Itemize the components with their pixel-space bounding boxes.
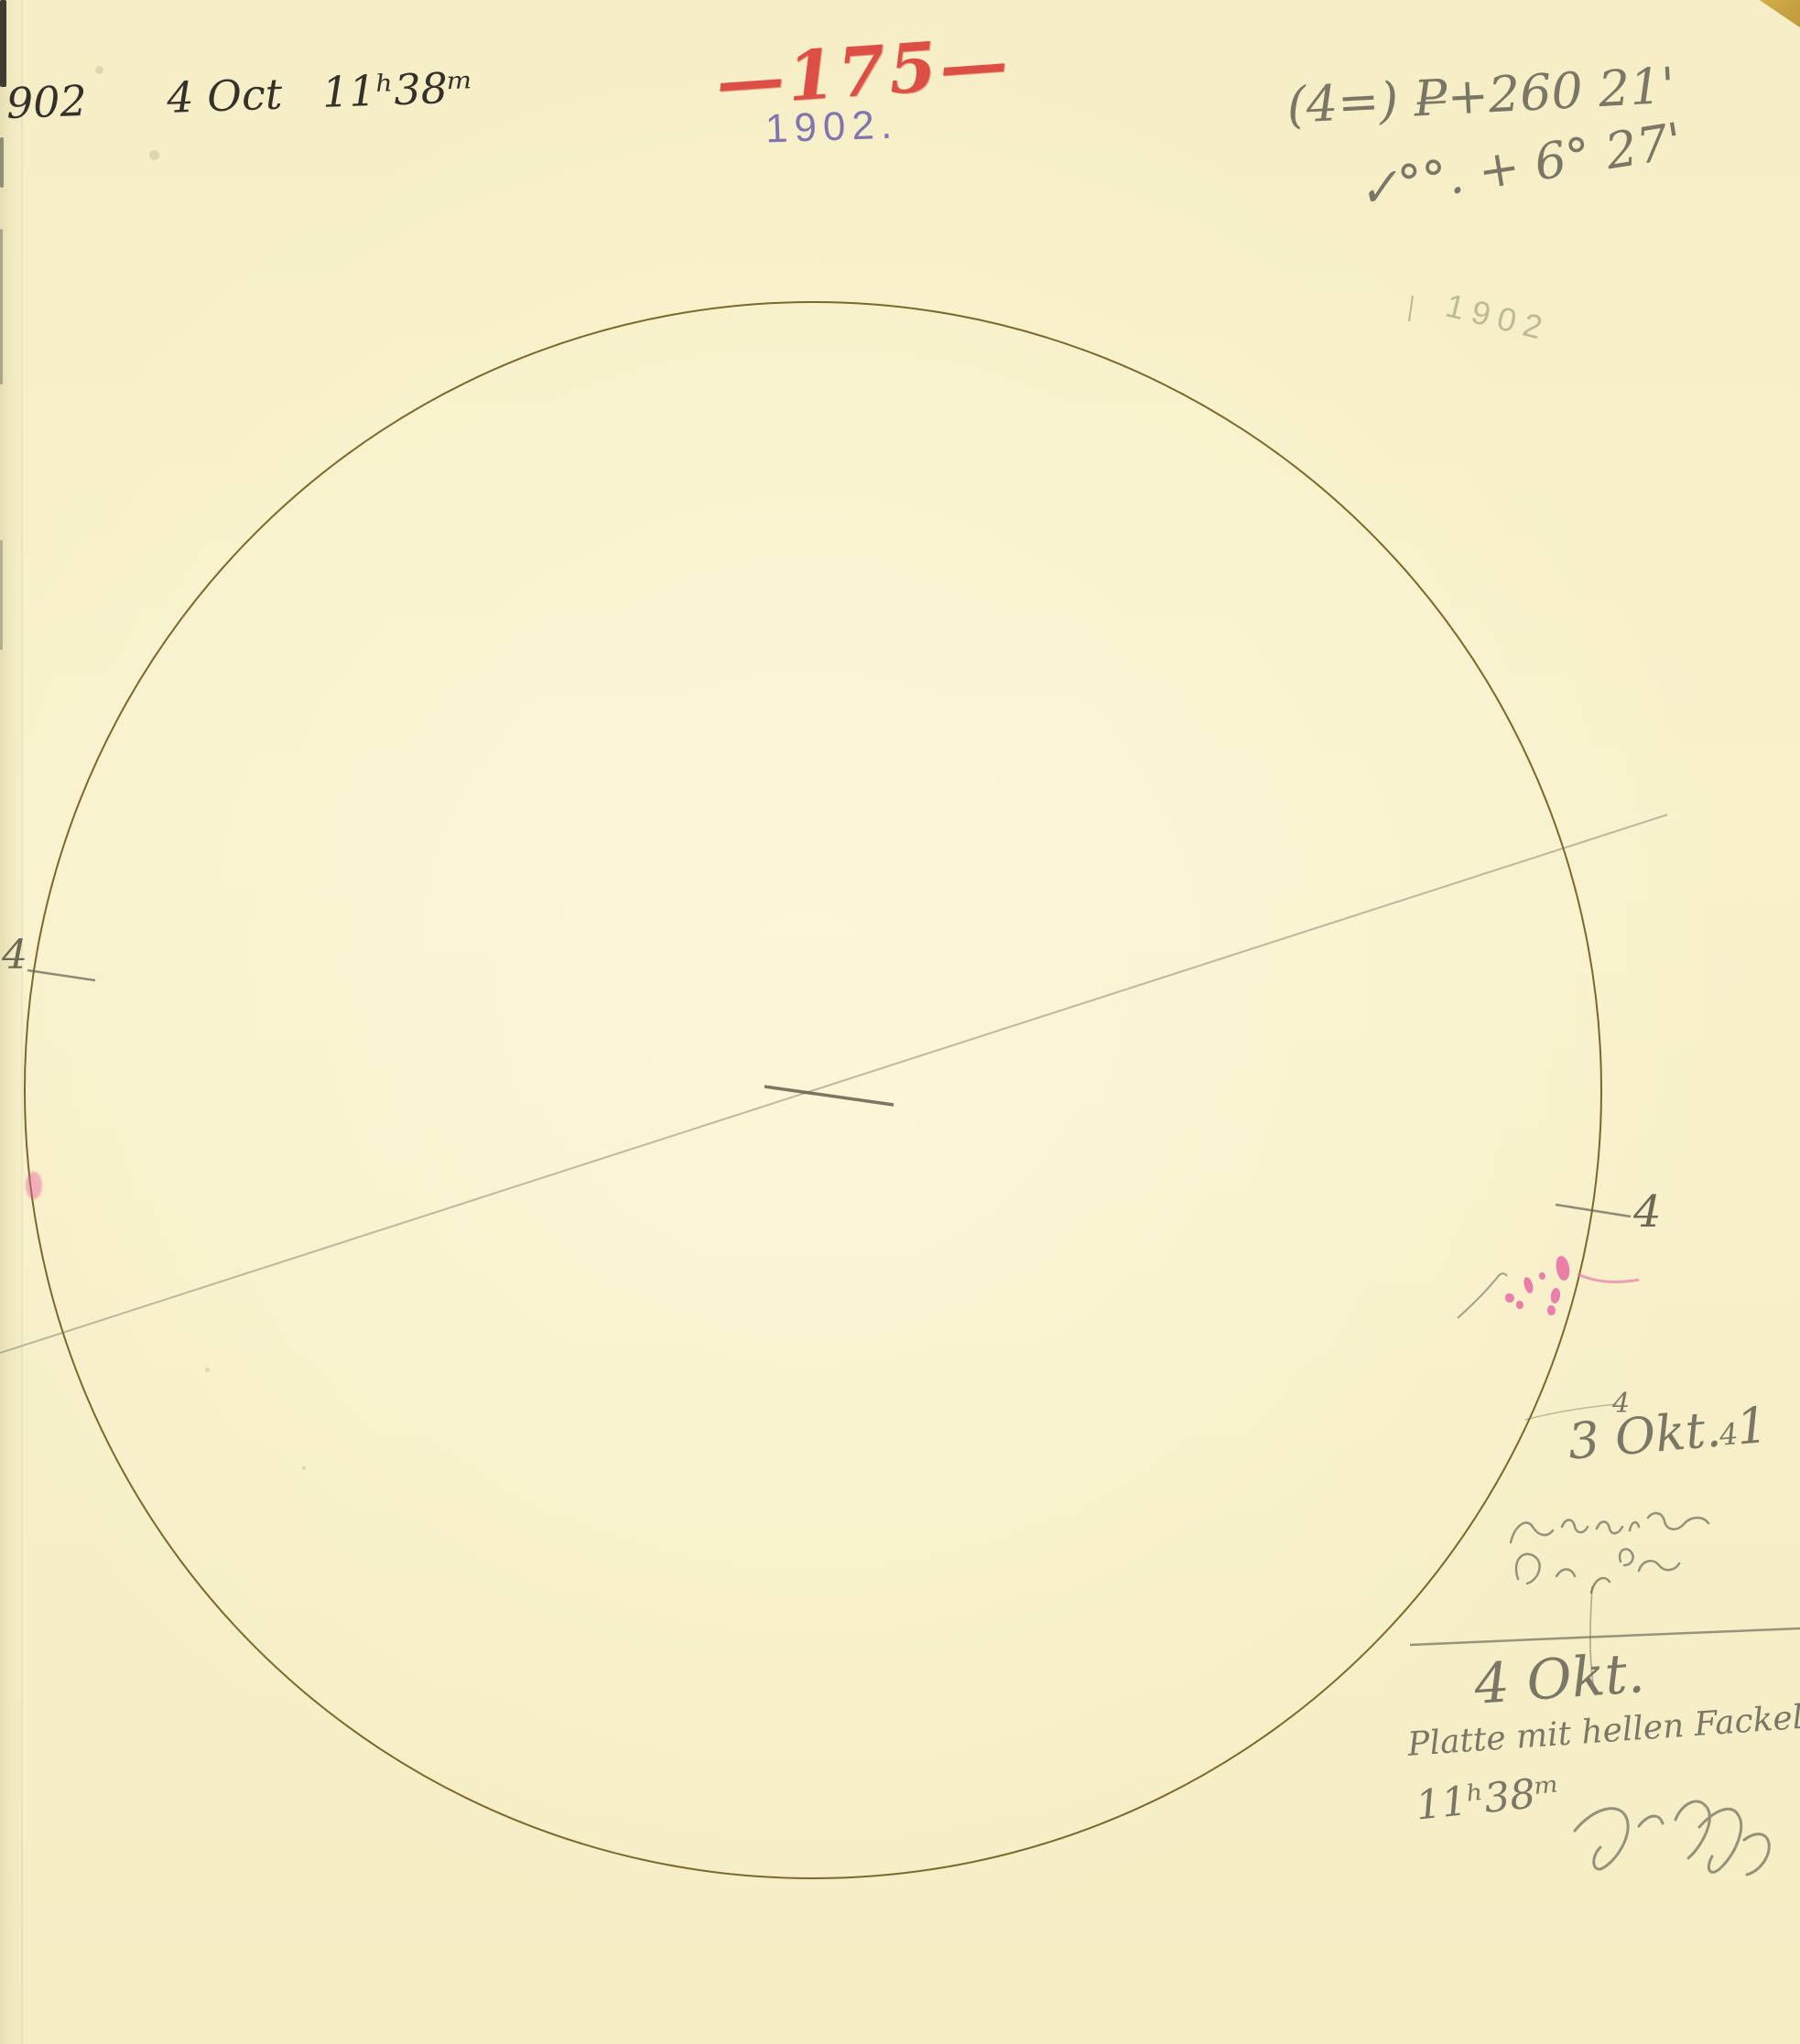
right-tick-label: 4 [1633,1186,1662,1238]
year-stamp-faint: 1902 [1442,287,1555,350]
sunspot-mark-pink [1516,1301,1523,1309]
pink-smudge-left-limb [26,1172,42,1199]
note-3-okt-superscript: 4 [1612,1388,1630,1420]
signature-scrawl [1575,1801,1769,1875]
solar-disk-outline [24,301,1602,1879]
scan-edge-mark [0,0,6,87]
scan-edge-mark [0,229,3,384]
note-3-okt: 3 Okt. 1 [1566,1396,1771,1471]
stray-pencil-mark [1408,296,1414,321]
scan-edge-mark [0,540,3,650]
sunspot-mark-pink [1547,1305,1556,1315]
scanned-observation-sheet: 902 4 Oct 11ʰ38ᵐ —175— 1902. 1902 (4=) P… [0,0,1800,2044]
note-4-okt: 4 Okt. [1472,1641,1646,1717]
paper-speck [149,150,159,160]
paper-corner-damage [1751,0,1800,27]
scrawl-line-1 [1511,1513,1708,1542]
date-time-note: 902 4 Oct 11ʰ38ᵐ [5,62,474,128]
note-3-okt-superscript-tail: 4 [1718,1416,1740,1453]
note-time: 11ʰ38ᵐ [1414,1768,1562,1829]
paper-edge-crease [21,0,23,2044]
scan-edge-mark [0,137,4,188]
pink-crayon-tail [1578,1274,1639,1282]
year-stamp-blue: 1902. [764,102,899,152]
sunspot-mark-pink [1505,1293,1514,1303]
scrawl-line-2 [1516,1549,1679,1593]
pencil-rule-line [1410,1628,1800,1645]
sunspot-mark-pink [1539,1272,1545,1280]
paper-speck [95,66,103,74]
left-tick-label: 4 [2,932,27,979]
